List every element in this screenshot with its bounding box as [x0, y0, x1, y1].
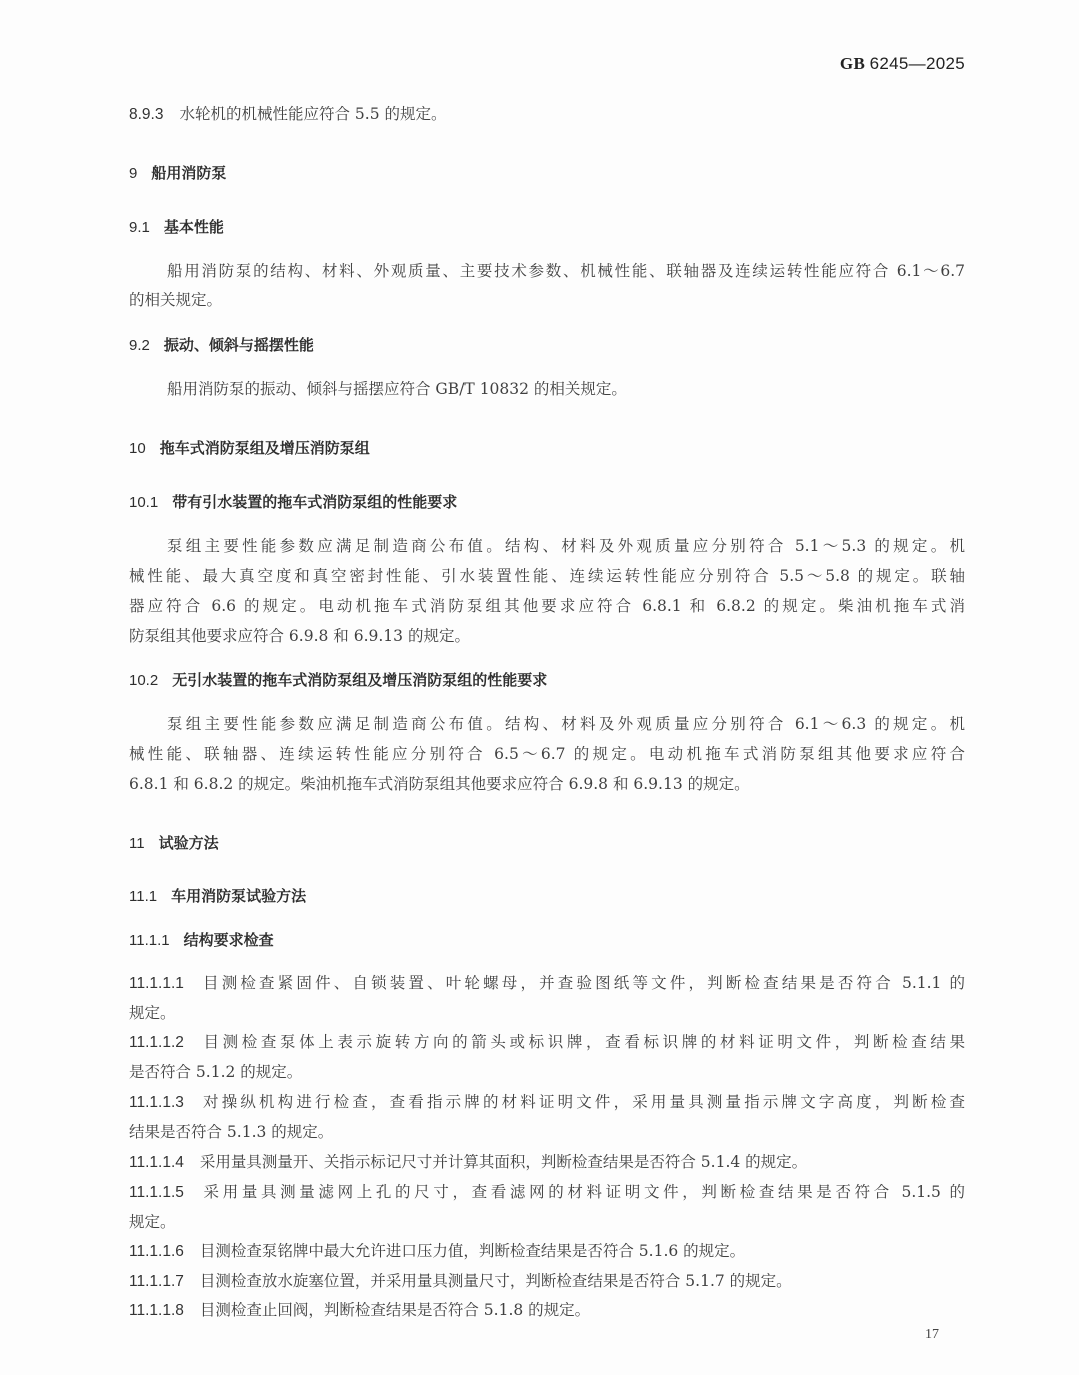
section-number: 9	[129, 165, 137, 182]
clause-number: 11.1.1.4	[129, 1154, 184, 1171]
clause-text: 对操纵机构进行检查，查看指示牌的材料证明文件，采用量具测量指示牌文字高度，判断检…	[200, 1093, 965, 1111]
section-title: 车用消防泵试验方法	[171, 887, 306, 905]
section-11-1-1-heading: 11.1.1结构要求检查	[129, 925, 965, 956]
clause-continuation: 结果是否符合 5.1.3 的规定。	[129, 1117, 965, 1147]
section-9-heading: 9船用消防泵	[129, 158, 965, 189]
clause-item: 11.1.1.1目测检查紧固件、自锁装置、叶轮螺母，并查验图纸等文件，判断检查结…	[129, 968, 965, 999]
clause-number: 11.1.1.1	[129, 975, 184, 992]
paragraph-line: 船用消防泵的结构、材料、外观质量、主要技术参数、机械性能、联轴器及连续运转性能应…	[167, 256, 965, 286]
section-number: 10	[129, 440, 146, 457]
clause-item: 11.1.1.3对操纵机构进行检查，查看指示牌的材料证明文件，采用量具测量指示牌…	[129, 1087, 965, 1118]
clause-text: 目测检查泵体上表示旋转方向的箭头或标识牌，查看标识牌的材料证明文件，判断检查结果	[200, 1033, 965, 1051]
clause-item: 11.1.1.4采用量具测量开、关指示标记尺寸并计算其面积，判断检查结果是否符合…	[129, 1147, 965, 1178]
section-10-1-heading: 10.1带有引水装置的拖车式消防泵组的性能要求	[129, 487, 965, 518]
paragraph-line: 泵组主要性能参数应满足制造商公布值。结构、材料及外观质量应分别符合 6.1～6.…	[167, 709, 965, 739]
paragraph-line: 的相关规定。	[129, 285, 965, 315]
section-11-1-heading: 11.1车用消防泵试验方法	[129, 881, 965, 912]
section-number: 11.1.1	[129, 932, 170, 949]
section-number: 11.1	[129, 888, 157, 905]
paragraph-line: 船用消防泵的振动、倾斜与摇摆应符合 GB/T 10832 的相关规定。	[167, 374, 965, 404]
standard-number: 6245—2025	[870, 54, 965, 73]
clause-continuation: 是否符合 5.1.2 的规定。	[129, 1057, 965, 1087]
document-page: GB 6245—2025 8.9.3水轮机的机械性能应符合 5.5 的规定。 9…	[0, 0, 1079, 1375]
clause-text: 目测检查紧固件、自锁装置、叶轮螺母，并查验图纸等文件，判断检查结果是否符合 5.…	[200, 974, 965, 992]
paragraph-line: 防泵组其他要求应符合 6.9.8 和 6.9.13 的规定。	[129, 621, 965, 651]
section-title: 振动、倾斜与摇摆性能	[164, 336, 314, 354]
section-11-heading: 11试验方法	[129, 828, 965, 859]
clause-item: 11.1.1.8目测检查止回阀，判断检查结果是否符合 5.1.8 的规定。	[129, 1295, 965, 1326]
paragraph-line: 械性能、最大真空度和真空密封性能、引水装置性能、连续运转性能应分别符合 5.5～…	[129, 561, 965, 591]
section-10-heading: 10拖车式消防泵组及增压消防泵组	[129, 433, 965, 464]
section-9-1-heading: 9.1基本性能	[129, 212, 965, 243]
section-title: 无引水装置的拖车式消防泵组及增压消防泵组的性能要求	[172, 671, 547, 689]
clause-text: 目测检查止回阀，判断检查结果是否符合 5.1.8 的规定。	[200, 1301, 590, 1319]
clause-text: 水轮机的机械性能应符合 5.5 的规定。	[179, 105, 446, 123]
clause-item: 11.1.1.6目测检查泵铭牌中最大允许进口压力值，判断检查结果是否符合 5.1…	[129, 1236, 965, 1267]
section-title: 试验方法	[159, 834, 219, 852]
clause-item: 11.1.1.2目测检查泵体上表示旋转方向的箭头或标识牌，查看标识牌的材料证明文…	[129, 1027, 965, 1058]
clause-number: 11.1.1.8	[129, 1302, 184, 1319]
section-number: 9.1	[129, 219, 150, 236]
standard-header: GB 6245—2025	[840, 54, 965, 74]
paragraph-line: 泵组主要性能参数应满足制造商公布值。结构、材料及外观质量应分别符合 5.1～5.…	[167, 531, 965, 561]
section-number: 10.2	[129, 672, 158, 689]
paragraph-line: 器应符合 6.6 的规定。电动机拖车式消防泵组其他要求应符合 6.8.1 和 6…	[129, 591, 965, 621]
clause-continuation: 规定。	[129, 998, 965, 1028]
clause-continuation: 规定。	[129, 1207, 965, 1237]
page-number: 17	[925, 1327, 939, 1343]
clause-number: 11.1.1.7	[129, 1273, 184, 1290]
clause-text: 目测检查放水旋塞位置，并采用量具测量尺寸，判断检查结果是否符合 5.1.7 的规…	[200, 1272, 792, 1290]
clause-number: 11.1.1.2	[129, 1034, 184, 1051]
clause-text: 目测检查泵铭牌中最大允许进口压力值，判断检查结果是否符合 5.1.6 的规定。	[200, 1242, 745, 1260]
section-number: 11	[129, 835, 145, 852]
section-title: 基本性能	[164, 218, 224, 236]
section-title: 船用消防泵	[151, 164, 226, 182]
section-title: 拖车式消防泵组及增压消防泵组	[160, 439, 370, 457]
clause-item: 11.1.1.7目测检查放水旋塞位置，并采用量具测量尺寸，判断检查结果是否符合 …	[129, 1266, 965, 1297]
section-10-2-heading: 10.2无引水装置的拖车式消防泵组及增压消防泵组的性能要求	[129, 665, 965, 696]
clause-item: 11.1.1.5采用量具测量滤网上孔的尺寸，查看滤网的材料证明文件，判断检查结果…	[129, 1177, 965, 1208]
paragraph-line: 6.8.1 和 6.8.2 的规定。柴油机拖车式消防泵组其他要求应符合 6.9.…	[129, 769, 965, 799]
section-number: 10.1	[129, 494, 158, 511]
section-number: 9.2	[129, 337, 150, 354]
paragraph-line: 械性能、联轴器、连续运转性能应分别符合 6.5～6.7 的规定。电动机拖车式消防…	[129, 739, 965, 769]
clause-number: 11.1.1.5	[129, 1184, 184, 1201]
clause-number: 11.1.1.6	[129, 1243, 184, 1260]
clause-number: 8.9.3	[129, 106, 163, 123]
standard-code: GB	[840, 54, 865, 73]
section-title: 结构要求检查	[184, 931, 274, 949]
clause-number: 11.1.1.3	[129, 1094, 184, 1111]
clause-text: 采用量具测量开、关指示标记尺寸并计算其面积，判断检查结果是否符合 5.1.4 的…	[200, 1153, 807, 1171]
clause-8-9-3: 8.9.3水轮机的机械性能应符合 5.5 的规定。	[129, 99, 965, 130]
section-9-2-heading: 9.2振动、倾斜与摇摆性能	[129, 330, 965, 361]
section-title: 带有引水装置的拖车式消防泵组的性能要求	[172, 493, 457, 511]
clause-text: 采用量具测量滤网上孔的尺寸，查看滤网的材料证明文件，判断检查结果是否符合 5.1…	[200, 1183, 965, 1201]
